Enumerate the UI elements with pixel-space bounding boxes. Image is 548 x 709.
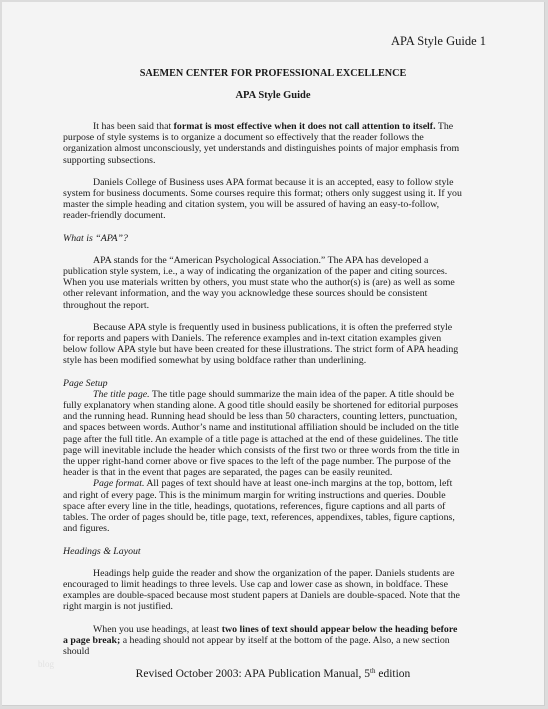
- text: It has been said that: [93, 121, 174, 132]
- apa-paragraph-2: Because APA style is frequently used in …: [63, 322, 463, 367]
- section-heading-what-is-apa: What is “APA”?: [63, 233, 463, 244]
- section-heading-page-setup: Page Setup: [63, 378, 463, 389]
- text: When you use headings, at least: [93, 624, 222, 635]
- footer: Revised October 2003: APA Publication Ma…: [2, 667, 544, 680]
- document-page: APA Style Guide 1 SAEMEN CENTER FOR PROF…: [2, 2, 545, 706]
- document-title: APA Style Guide: [2, 90, 544, 101]
- section-heading-headings-layout: Headings & Layout: [63, 546, 463, 557]
- document-body: It has been said that format is most eff…: [63, 121, 463, 657]
- intro-paragraph-1: It has been said that format is most eff…: [63, 121, 463, 166]
- organization-title: SAEMEN CENTER FOR PROFESSIONAL EXCELLENC…: [2, 68, 544, 79]
- subheading-title-page: The title page.: [93, 389, 150, 400]
- intro-paragraph-2: Daniels College of Business uses APA for…: [63, 177, 463, 222]
- emphasis-text: format is most effective when it does no…: [174, 121, 436, 132]
- subheading-page-format: Page format.: [93, 478, 144, 489]
- running-head: APA Style Guide 1: [391, 34, 486, 49]
- headings-paragraph-2: When you use headings, at least two line…: [63, 624, 463, 658]
- apa-paragraph-1: APA stands for the “American Psychologic…: [63, 255, 463, 311]
- page-format-paragraph: Page format. All pages of text should ha…: [63, 478, 463, 534]
- headings-paragraph-1: Headings help guide the reader and show …: [63, 568, 463, 613]
- text: a heading should not appear by itself at…: [63, 635, 450, 657]
- footer-text: Revised October 2003: APA Publication Ma…: [136, 668, 370, 680]
- text: The title page should summarize the main…: [63, 389, 459, 478]
- title-page-paragraph: The title page. The title page should su…: [63, 389, 463, 479]
- footer-text-end: edition: [375, 668, 410, 680]
